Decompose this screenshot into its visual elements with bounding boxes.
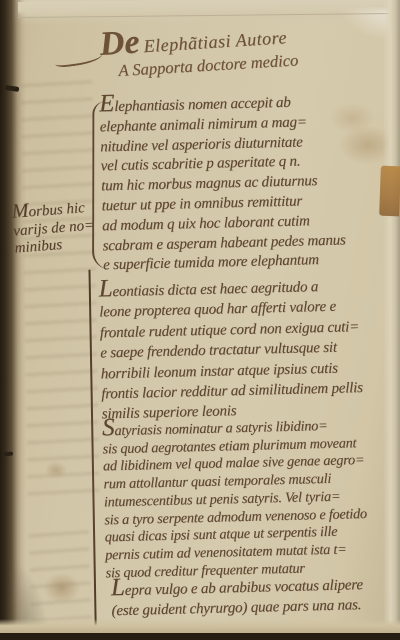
paragraph-elephantiasis: Elephantiasis nomen accepit ab elephante… — [99, 92, 346, 276]
paragraph-lepra: Lepra vulgo e ab arabibus vocatus aliper… — [111, 576, 364, 621]
manuscript-photo: De Elephãtiasi Autore A Sapporta doctore… — [0, 0, 400, 640]
margin-note: Morbus hic varijs de no= minibus — [11, 198, 96, 259]
page-bottom-edge — [0, 619, 400, 634]
manuscript-page: De Elephãtiasi Autore A Sapporta doctore… — [0, 0, 400, 640]
paragraph-leontiasis: Leontiasis dicta est haec aegritudo a le… — [99, 276, 364, 425]
marginal-rule-line — [88, 270, 96, 628]
paragraph-satyriasis: Satyriasis nominatur a satyris libidino=… — [102, 417, 368, 583]
photo-bottom-shadow — [0, 633, 400, 640]
handwriting-layer: De Elephãtiasi Autore A Sapporta doctore… — [0, 0, 400, 640]
title-initial: De — [99, 24, 141, 63]
